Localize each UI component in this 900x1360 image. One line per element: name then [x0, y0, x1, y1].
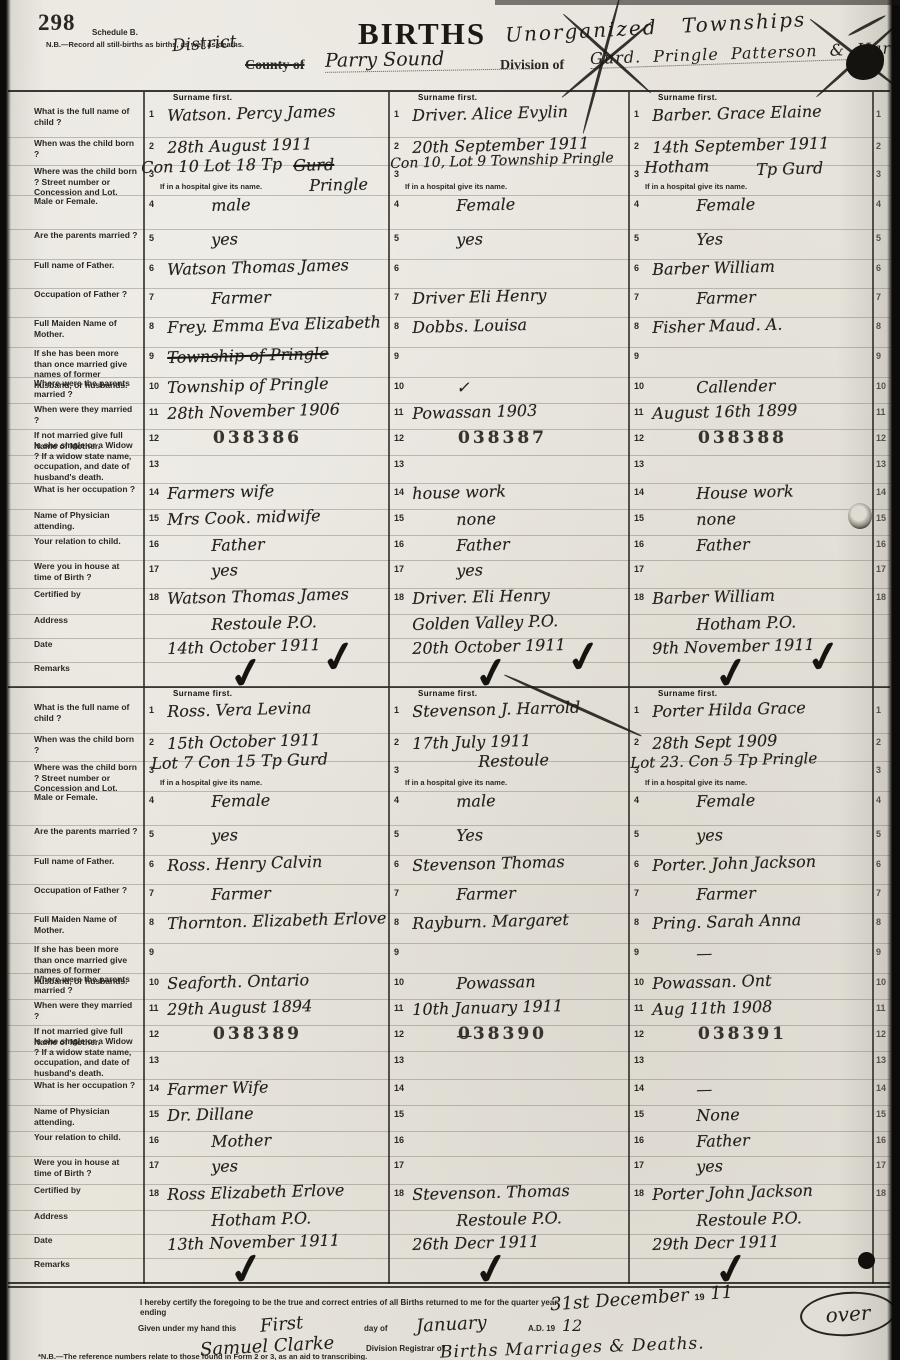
row-number: 9	[634, 351, 639, 361]
ruled-line	[8, 943, 890, 944]
margin-row-number: 5	[876, 829, 881, 839]
district-correction-handwritten: District	[171, 32, 237, 56]
row-number: 15	[394, 1109, 404, 1119]
question-label: What is the full name of child ?	[34, 702, 138, 723]
row-number: 2	[634, 737, 639, 747]
row-number: 18	[149, 1188, 159, 1198]
column-rule	[143, 92, 145, 688]
question-label: Address	[34, 615, 138, 626]
field-parents-married: yes	[696, 825, 723, 845]
margin-row-number: 7	[876, 292, 881, 302]
quarter-ending-value: 31st December	[549, 1285, 689, 1316]
field-birth-place: Lot 23. Con 5 Tp Pringle	[630, 749, 817, 772]
question-label: What is her occupation ?	[34, 484, 138, 495]
row-number: 10	[394, 381, 404, 391]
row-number: 6	[394, 263, 399, 273]
row-number: 15	[394, 513, 404, 523]
row-number: 1	[394, 109, 399, 119]
birth-register-scan: 298 Schedule B. N.B.—Record all still-bi…	[0, 0, 900, 1360]
field-child-name: Driver. Alice Evylin	[412, 102, 568, 125]
field-parents-marriage-place: Powassan. Ont	[652, 971, 772, 993]
margin-row-number: 3	[876, 169, 881, 179]
field-physician: Dr. Dillane	[167, 1104, 254, 1125]
field-father-name: Ross. Henry Calvin	[167, 852, 323, 875]
field-birth-place-correction: Pringle	[309, 174, 368, 195]
field-sex: male	[456, 791, 496, 811]
row-number: 12	[394, 1029, 404, 1039]
field-sex: Female	[456, 194, 515, 215]
field-certified-by: Ross Elizabeth Erlove	[167, 1180, 345, 1204]
margin-row-number: 18	[876, 1188, 886, 1198]
row-number: 17	[634, 564, 644, 574]
margin-row-number: 1	[876, 705, 881, 715]
question-label: Address	[34, 1211, 138, 1222]
ink-blob	[858, 1252, 875, 1269]
field-mother-maiden-name: Fisher Maud. A.	[652, 315, 783, 337]
question-label: Name of Physician attending.	[34, 1106, 138, 1127]
question-label: Male or Female.	[34, 792, 138, 803]
field-parents-marriage-date: August 16th 1899	[652, 400, 797, 423]
printed-19: 19	[694, 1292, 705, 1303]
margin-row-number: 10	[876, 977, 886, 987]
row-number: 1	[634, 109, 639, 119]
row-number: 15	[149, 513, 159, 523]
row-number: 9	[394, 947, 399, 957]
question-label: Date	[34, 1235, 138, 1246]
row-number: 17	[634, 1160, 644, 1170]
field-child-name: Porter Hilda Grace	[652, 698, 806, 721]
question-label: Certified by	[34, 1185, 138, 1196]
title-annotation-handwritten: Unorganized Townships	[505, 7, 807, 47]
field-mother-occupation: Farmer Wife	[167, 1077, 269, 1099]
over-annotation: over	[799, 1289, 898, 1340]
ruled-line	[8, 535, 890, 536]
surname-first-header: Surname first.	[173, 689, 232, 698]
field-certified-by: Watson Thomas James	[167, 584, 349, 608]
surname-first-header: Surname first.	[173, 93, 232, 102]
row-number: 8	[634, 917, 639, 927]
row-number: 10	[394, 977, 404, 987]
field-father-occupation: Farmer	[456, 883, 516, 904]
reference-footnote: *N.B.—The reference numbers relate to th…	[38, 1352, 367, 1360]
ruled-line	[8, 1131, 890, 1132]
question-label: Is she single or a Widow ? If a widow st…	[34, 1036, 138, 1079]
row-number: 17	[149, 1160, 159, 1170]
hospital-note: If in a hospital give its name.	[405, 778, 507, 787]
margin-row-number: 11	[876, 1003, 886, 1013]
row-number: 9	[149, 947, 154, 957]
field-sex: Female	[696, 790, 755, 811]
question-label: Occupation of Father ?	[34, 885, 138, 896]
row-number: 14	[394, 1083, 404, 1093]
field-former-husbands: —	[696, 944, 712, 963]
row-number: 11	[149, 407, 159, 417]
field-certified-by: Stevenson. Thomas	[412, 1181, 570, 1204]
field-address: Golden Valley P.O.	[412, 611, 558, 634]
row-number: 5	[394, 829, 399, 839]
margin-row-number: 16	[876, 539, 886, 549]
question-label: Your relation to child.	[34, 536, 138, 547]
field-sex: Female	[696, 194, 755, 215]
register-block-bottom: What is the full name of child ? When wa…	[8, 686, 890, 1284]
question-label: When were they married ?	[34, 404, 138, 425]
registration-number-stamp: 038391	[698, 1024, 787, 1044]
row-number: 14	[394, 487, 404, 497]
field-relation-to-child: Father	[456, 535, 510, 555]
field-parents-marriage-place: Callender	[696, 376, 776, 397]
ruled-line	[8, 229, 890, 230]
row-number: 18	[394, 1188, 404, 1198]
row-number: 13	[634, 459, 644, 469]
field-physician: Mrs Cook. midwife	[167, 506, 321, 529]
row-number: 14	[149, 487, 159, 497]
row-number: 13	[149, 459, 159, 469]
row-number: 2	[394, 737, 399, 747]
question-label: Full Maiden Name of Mother.	[34, 914, 138, 935]
margin-row-number: 8	[876, 321, 881, 331]
field-remarks-checkmarks: ✓	[710, 1238, 775, 1296]
row-number: 6	[634, 263, 639, 273]
county-of-label: County of	[245, 58, 305, 74]
field-parents-marriage-date: 28th November 1906	[167, 399, 340, 423]
margin-row-number: 15	[876, 513, 886, 523]
division-registrar-label: Division Registrar of	[366, 1344, 444, 1353]
margin-row-number: 14	[876, 487, 886, 497]
ruled-line	[8, 560, 890, 561]
row-number: 8	[394, 917, 399, 927]
margin-row-number: 9	[876, 947, 881, 957]
row-number: 14	[634, 487, 644, 497]
row-number: 7	[634, 292, 639, 302]
registration-number-stamp: 038389	[213, 1024, 302, 1044]
row-number: 18	[634, 1188, 644, 1198]
margin-row-number: 17	[876, 1160, 886, 1170]
certification-footer: I hereby certify the foregoing to be the…	[8, 1282, 890, 1360]
row-number: 5	[634, 233, 639, 243]
division-of-label: Division of	[500, 58, 564, 74]
field-address: Hotham P.O.	[211, 1208, 311, 1230]
margin-row-number: 1	[876, 109, 881, 119]
row-number: 6	[149, 263, 154, 273]
row-number: 8	[634, 321, 639, 331]
field-birth-place: Con 10 Lot 18 Tp	[141, 154, 282, 177]
field-address: Restoule P.O.	[456, 1208, 562, 1230]
ruled-line	[8, 1079, 890, 1080]
margin-row-number: 14	[876, 1083, 886, 1093]
field-in-house-at-birth: yes	[696, 1156, 723, 1176]
row-number: 5	[394, 233, 399, 243]
question-label: Where was the child born ? Street number…	[34, 166, 138, 198]
row-number: 2	[394, 141, 399, 151]
field-former-husbands: Township of Pringle	[167, 344, 329, 367]
field-mother-occupation: Farmers wife	[167, 481, 274, 503]
row-number: 6	[394, 859, 399, 869]
margin-row-number: 6	[876, 263, 881, 273]
given-under-hand-label: Given under my hand this	[138, 1324, 236, 1333]
row-number: 18	[149, 592, 159, 602]
record-porter: Surname first. Porter Hilda Grace 28th S…	[628, 688, 872, 1284]
field-mother-maiden-name: Dobbs. Louisa	[412, 315, 527, 337]
row-number: 5	[149, 233, 154, 243]
field-birth-place-township: Tp Gurd	[756, 158, 823, 179]
ruled-line	[8, 1051, 890, 1052]
field-mother-occupation: house work	[412, 482, 506, 503]
field-birth-place: Lot 7 Con 15 Tp Gurd	[151, 749, 328, 773]
margin-row-number: 17	[876, 564, 886, 574]
row-number: 4	[634, 199, 639, 209]
row-number: 4	[394, 795, 399, 805]
page-edge-top	[495, 0, 900, 5]
field-birth-date: 17th July 1911	[412, 731, 531, 753]
row-number: 4	[394, 199, 399, 209]
row-number: 14	[149, 1083, 159, 1093]
ruled-line	[8, 791, 890, 792]
margin-row-number: 7	[876, 888, 881, 898]
field-parents-married: yes	[211, 229, 238, 249]
row-number: 18	[394, 592, 404, 602]
register-block-top: What is the full name of child ? When wa…	[8, 90, 890, 688]
column-rule	[388, 688, 390, 1284]
field-parents-marriage-place: Powassan	[456, 972, 536, 993]
question-labels-column: What is the full name of child ? When wa…	[8, 688, 143, 1284]
quarter-ending-handwritten: 31st December 19 11	[549, 1282, 733, 1316]
field-sex: Female	[211, 790, 270, 811]
field-father-name: Driver Eli Henry	[412, 285, 547, 308]
field-father-name: Watson Thomas James	[167, 255, 349, 279]
field-in-house-at-birth: yes	[211, 1156, 238, 1176]
margin-row-number: 6	[876, 859, 881, 869]
margin-row-number: 4	[876, 795, 881, 805]
row-number: 17	[394, 1160, 404, 1170]
row-number: 9	[394, 351, 399, 361]
field-parents-married: yes	[211, 825, 238, 845]
field-certified-by: Barber William	[652, 586, 775, 608]
record-stevenson: Surname first. Stevenson J. Harrold 17th…	[388, 688, 628, 1284]
row-number: 8	[149, 917, 154, 927]
row-number: 16	[149, 539, 159, 549]
field-mother-occupation: House work	[696, 481, 794, 503]
row-number: 17	[394, 564, 404, 574]
row-number: 13	[634, 1055, 644, 1065]
question-label: Full Maiden Name of Mother.	[34, 318, 138, 339]
row-number: 1	[149, 705, 154, 715]
record-barber: Surname first. Barber. Grace Elaine 14th…	[628, 92, 872, 688]
margin-row-number: 13	[876, 1055, 886, 1065]
row-number: 16	[394, 539, 404, 549]
question-label: Full name of Father.	[34, 260, 138, 271]
column-rule	[143, 688, 145, 1284]
ruled-line	[8, 1156, 890, 1157]
margin-row-number: 2	[876, 141, 881, 151]
field-father-occupation: Farmer	[696, 287, 756, 308]
row-number: 4	[149, 795, 154, 805]
row-number: 12	[634, 1029, 644, 1039]
page-number: 298	[38, 10, 76, 36]
pen-stroke	[848, 14, 886, 36]
field-father-name: Porter. John Jackson	[652, 852, 816, 875]
row-number: 7	[149, 292, 154, 302]
field-child-name: Barber. Grace Elaine	[652, 102, 822, 125]
ruled-line	[8, 347, 890, 348]
margin-row-number: 11	[876, 407, 886, 417]
field-parents-marriage-date: Powassan 1903	[412, 401, 538, 423]
row-number: 1	[394, 705, 399, 715]
field-relation-to-child: Father	[696, 535, 750, 555]
margin-row-number: 13	[876, 459, 886, 469]
question-label: Where was the child born ? Street number…	[34, 762, 138, 794]
field-parents-marriage-place: Seaforth. Ontario	[167, 970, 309, 993]
year-value-handwritten: 12	[562, 1316, 582, 1335]
field-relation-to-child: Mother	[211, 1130, 271, 1151]
field-parents-married: Yes	[696, 229, 723, 249]
question-label: Are the parents married ?	[34, 826, 138, 837]
field-birth-place: Hotham	[644, 156, 710, 177]
field-child-name: Ross. Vera Levina	[167, 698, 312, 721]
margin-row-number: 9	[876, 351, 881, 361]
hospital-note: If in a hospital give its name.	[160, 182, 262, 191]
ruled-line	[8, 825, 890, 826]
surname-first-header: Surname first.	[418, 93, 477, 102]
field-birth-date: 28th August 1911	[167, 134, 312, 157]
row-number: 13	[394, 459, 404, 469]
margin-row-number: 3	[876, 765, 881, 775]
question-labels-column: What is the full name of child ? When wa…	[8, 92, 143, 688]
row-number: 5	[149, 829, 154, 839]
question-label: Were you in house at time of Birth ?	[34, 1157, 138, 1178]
row-number: 1	[149, 109, 154, 119]
margin-row-number: 5	[876, 233, 881, 243]
day-value-handwritten: First	[259, 1312, 304, 1337]
row-number: 2	[149, 737, 154, 747]
row-number: 10	[634, 977, 644, 987]
row-number: 12	[149, 1029, 159, 1039]
column-rule	[628, 92, 630, 688]
question-label: What is her occupation ?	[34, 1080, 138, 1091]
row-number: 7	[394, 292, 399, 302]
row-number: 6	[149, 859, 154, 869]
field-parents-marriage-date: 29th August 1894	[167, 996, 312, 1019]
registration-number-stamp: 038386	[213, 428, 302, 448]
registrar-of-value-handwritten: Births Marriages & Deaths.	[440, 1333, 705, 1360]
row-number: 3	[634, 169, 639, 179]
row-number: 7	[394, 888, 399, 898]
certify-statement: I hereby certify the foregoing to be the…	[140, 1298, 560, 1317]
field-parents-married: Yes	[456, 825, 483, 845]
hospital-note: If in a hospital give its name.	[405, 182, 507, 191]
row-number: 7	[149, 888, 154, 898]
ruled-line	[8, 1105, 890, 1106]
field-parents-marriage-date: 10th January 1911	[412, 996, 563, 1019]
row-number: 15	[634, 1109, 644, 1119]
question-label: When were they married ?	[34, 1000, 138, 1021]
field-father-name: Barber William	[652, 257, 775, 279]
row-number: 14	[634, 1083, 644, 1093]
row-number: 4	[634, 795, 639, 805]
question-label: Your relation to child.	[34, 1132, 138, 1143]
margin-row-number: 4	[876, 199, 881, 209]
question-label: Certified by	[34, 589, 138, 600]
registration-number-stamp: 038387	[458, 428, 547, 448]
schedule-label: Schedule B.	[92, 28, 138, 37]
registration-number-stamp: 038388	[698, 428, 787, 448]
margin-row-number: 15	[876, 1109, 886, 1119]
field-relation-to-child: Father	[211, 535, 265, 555]
question-label: Full name of Father.	[34, 856, 138, 867]
page-edge-right	[887, 0, 900, 1360]
hospital-note: If in a hospital give its name.	[160, 778, 262, 787]
row-number: 9	[149, 351, 154, 361]
field-remarks-checkmarks: ✓	[225, 1238, 290, 1296]
field-sex: male	[211, 195, 251, 215]
margin-row-number: 12	[876, 1029, 886, 1039]
row-number: 12	[634, 433, 644, 443]
field-father-occupation: Farmer	[211, 883, 271, 904]
row-number: 13	[149, 1055, 159, 1065]
row-number: 5	[634, 829, 639, 839]
field-parents-married: yes	[456, 229, 483, 249]
field-mother-maiden-name: Rayburn. Margaret	[412, 910, 569, 933]
question-label: Where were the parents married ?	[34, 378, 138, 399]
margin-row-number: 2	[876, 737, 881, 747]
question-label: Date	[34, 639, 138, 650]
column-rule	[388, 92, 390, 688]
row-number: 11	[394, 1003, 404, 1013]
field-address: Restoule P.O.	[696, 1208, 802, 1230]
surname-first-header: Surname first.	[658, 689, 717, 698]
field-birth-place-struck: Gurd	[293, 155, 334, 175]
row-number: 9	[634, 947, 639, 957]
column-rule	[628, 688, 630, 1284]
field-father-name: Stevenson Thomas	[412, 852, 565, 875]
field-parents-marriage-date: Aug 11th 1908	[652, 997, 773, 1019]
question-label: Where were the parents married ?	[34, 974, 138, 995]
record-ross: Surname first. Ross. Vera Levina 15th Oc…	[143, 688, 388, 1284]
hospital-note: If in a hospital give its name.	[645, 182, 747, 191]
field-address: Restoule P.O.	[211, 612, 317, 634]
field-father-occupation: Farmer	[211, 287, 271, 308]
field-in-house-at-birth: yes	[456, 560, 483, 580]
field-birth-date: 14th September 1911	[652, 133, 830, 157]
question-label: Were you in house at time of Birth ?	[34, 561, 138, 582]
margin-row-number: 10	[876, 381, 886, 391]
row-number: 13	[394, 1055, 404, 1065]
field-physician: None	[696, 1105, 740, 1125]
question-label: When was the child born ?	[34, 138, 138, 159]
row-number: 16	[634, 539, 644, 549]
field-mother-maiden-name: Thornton. Elizabeth Erlove	[167, 908, 387, 933]
field-physician: none	[456, 509, 496, 529]
row-number: 11	[149, 1003, 159, 1013]
field-parents-marriage-place: Township of Pringle	[167, 374, 329, 397]
field-address: Hotham P.O.	[696, 612, 796, 634]
field-relation-to-child: Father	[696, 1131, 750, 1151]
row-number: 6	[634, 859, 639, 869]
row-number: 12	[394, 433, 404, 443]
question-label: When was the child born ?	[34, 734, 138, 755]
row-number: 15	[634, 513, 644, 523]
field-physician: none	[696, 509, 736, 529]
margin-row-number: 12	[876, 433, 886, 443]
field-father-occupation: Farmer	[696, 883, 756, 904]
row-number: 12	[149, 433, 159, 443]
ruled-line	[8, 455, 890, 456]
page-edge-left	[0, 0, 11, 1360]
field-child-name: Watson. Percy James	[167, 102, 336, 125]
row-number: 16	[634, 1135, 644, 1145]
row-number: 10	[149, 977, 159, 987]
question-label: Remarks	[34, 663, 138, 674]
margin-row-number: 8	[876, 917, 881, 927]
